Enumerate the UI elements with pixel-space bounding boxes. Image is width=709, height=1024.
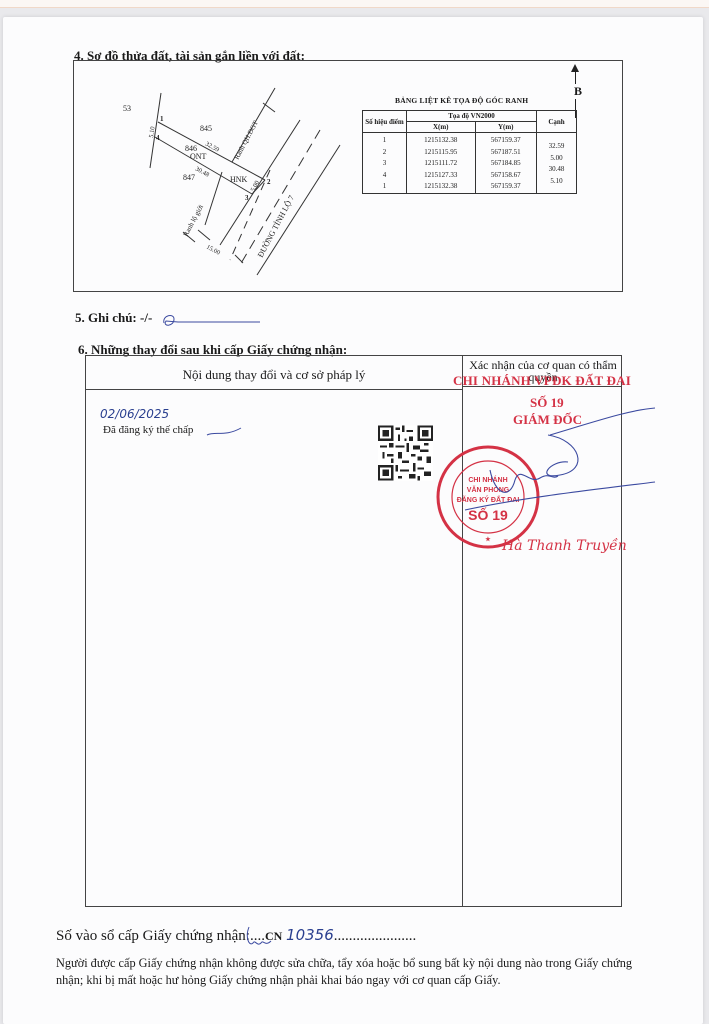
x-column: 1215132.38 1215115.95 1215111.72 1215127…	[407, 133, 476, 194]
initial-signature-mark	[160, 313, 270, 329]
north-label: B	[574, 84, 582, 99]
director-signature	[440, 400, 660, 530]
issue-register-label: Số vào sổ cấp Giấy chứng nhận:	[56, 928, 250, 944]
edge-column: 32.59 5.00 30.48 5.10	[537, 133, 577, 194]
y-column: 567159.37 567187.51 567184.85 567158.67 …	[475, 133, 537, 194]
stamp-branch-name: CHI NHÁNH VPĐK ĐẤT ĐAI	[453, 373, 631, 389]
col-coord-group: Tọa độ VN2000	[407, 111, 537, 122]
issue-register-number: 10356	[286, 926, 334, 944]
entry-date: 02/06/2025	[100, 407, 169, 421]
svg-text:ĐƯỜNG TỈNH LỘ 7: ĐƯỜNG TỈNH LỘ 7	[255, 193, 296, 259]
svg-text:3: 3	[245, 194, 249, 202]
entry-content: Đã đăng ký thế chấp	[103, 424, 193, 436]
issue-register-line: Số vào sổ cấp Giấy chứng nhận:....CN 103…	[56, 926, 416, 945]
col-edge: Cạnh	[537, 111, 577, 133]
qr-code	[378, 425, 433, 481]
previous-page-edge	[0, 0, 709, 8]
svg-text:845: 845	[200, 124, 212, 133]
parcel-sketch: 53 845 846 ONT 847 HNK 1 2 3 4 32.59 30.…	[110, 80, 350, 290]
svg-text:847: 847	[183, 173, 195, 182]
svg-text:4: 4	[156, 134, 160, 142]
svg-text:HNK: HNK	[230, 175, 248, 184]
register-initial-mark	[243, 925, 275, 949]
legal-notice: Người được cấp Giấy chứng nhận không đượ…	[56, 955, 656, 989]
svg-text:Ranh QH.ĐGT: Ranh QH.ĐGT	[233, 119, 260, 161]
coord-table: Số hiệu điểm Tọa độ VN2000 Cạnh X(m) Y(m…	[362, 110, 577, 194]
changes-content-header: Nội dung thay đổi và cơ sở pháp lý	[86, 367, 462, 383]
coord-table-title: BẢNG LIỆT KÊ TỌA ĐỘ GÓC RANH	[395, 96, 528, 105]
svg-text:2: 2	[267, 178, 271, 186]
section5-notes: 5. Ghi chú: -/-	[75, 310, 152, 326]
svg-text:ONT: ONT	[190, 152, 207, 161]
parcel-53: 53	[123, 104, 131, 113]
svg-text:1: 1	[160, 115, 164, 123]
point-column: 1 2 3 4 1	[363, 133, 407, 194]
col-x: X(m)	[407, 122, 476, 133]
svg-text:15.00: 15.00	[205, 244, 221, 257]
col-y: Y(m)	[475, 122, 537, 133]
entry-initial-mark	[205, 425, 245, 439]
north-arrow-icon	[571, 64, 579, 72]
signer-name: Hà Thanh Truyền	[502, 538, 627, 554]
svg-text:★: ★	[485, 536, 491, 543]
col-point: Số hiệu điểm	[363, 111, 407, 133]
